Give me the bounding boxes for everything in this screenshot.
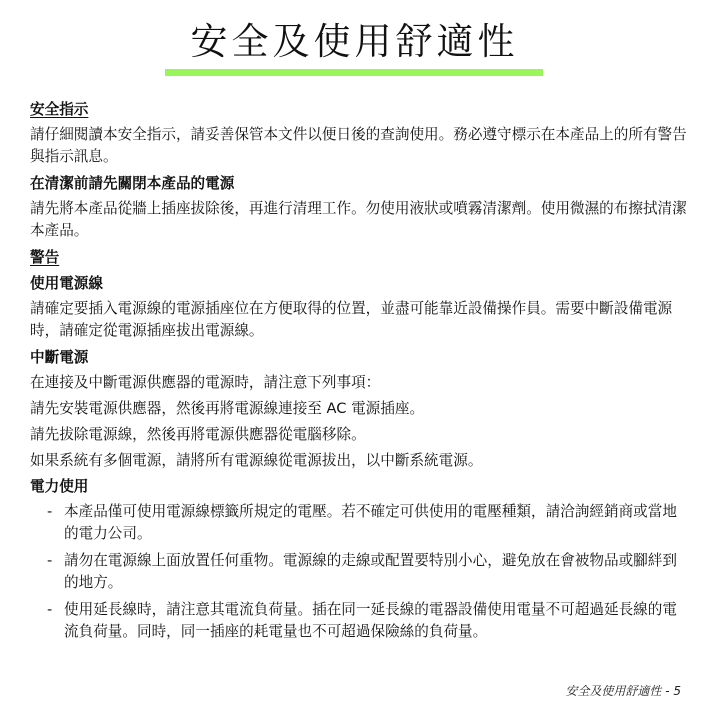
document-body: 安全指示 請仔細閱讀本安全指示，請妥善保管本文件以便日後的查詢使用。務必遵守標示… xyxy=(30,99,690,648)
bullet-dash: - xyxy=(47,550,52,572)
section-heading-power-usage: 電力使用 xyxy=(30,476,690,498)
page-footer: 安全及使用舒適性 - 5 xyxy=(565,682,681,699)
list-item-text: 請勿在電源線上面放置任何重物。電源線的走線或配置要特別小心，避免放在會被物品或腳… xyxy=(64,552,677,591)
list-item: - 使用延長線時，請注意其電流負荷量。插在同一延長線的電器設備使用電量不可超過延… xyxy=(30,599,690,643)
bullet-dash: - xyxy=(47,501,52,523)
list-item-text: 本產品僅可使用電源線標籤所規定的電壓。若不確定可供使用的電壓種類，請洽詢經銷商或… xyxy=(64,503,677,542)
section-heading-warning: 警告 xyxy=(30,247,690,269)
title-underline-bar xyxy=(165,69,543,76)
list-item: - 請勿在電源線上面放置任何重物。電源線的走線或配置要特別小心，避免放在會被物品… xyxy=(30,550,690,594)
list-item: - 本產品僅可使用電源線標籤所規定的電壓。若不確定可供使用的電壓種類，請洽詢經銷… xyxy=(30,501,690,545)
cleaning-paragraph: 請先將本產品從牆上插座拔除後，再進行清理工作。勿使用液狀或噴霧清潔劑。使用微濕的… xyxy=(30,198,690,242)
bullet-dash: - xyxy=(47,599,52,621)
power-cord-paragraph: 請確定要插入電源線的電源插座位在方便取得的位置，並盡可能靠近設備操作員。需要中斷… xyxy=(30,298,690,342)
page-title: 安全及使用舒適性 xyxy=(0,18,709,66)
disconnect-line: 在連接及中斷電源供應器的電源時，請注意下列事項： xyxy=(30,372,690,394)
power-usage-list: - 本產品僅可使用電源線標籤所規定的電壓。若不確定可供使用的電壓種類，請洽詢經銷… xyxy=(30,501,690,643)
section-heading-safety: 安全指示 xyxy=(30,99,690,121)
disconnect-line: 請先安裝電源供應器，然後再將電源線連接至 AC 電源插座。 xyxy=(30,398,690,420)
disconnect-line: 請先拔除電源線，然後再將電源供應器從電腦移除。 xyxy=(30,424,690,446)
list-item-text: 使用延長線時，請注意其電流負荷量。插在同一延長線的電器設備使用電量不可超過延長線… xyxy=(64,601,677,640)
safety-paragraph: 請仔細閱讀本安全指示，請妥善保管本文件以便日後的查詢使用。務必遵守標示在本產品上… xyxy=(30,124,690,168)
disconnect-line: 如果系統有多個電源，請將所有電源線從電源拔出，以中斷系統電源。 xyxy=(30,450,690,472)
section-heading-cleaning: 在清潔前請先關閉本產品的電源 xyxy=(30,173,690,195)
section-heading-power-cord: 使用電源線 xyxy=(30,273,690,295)
section-heading-disconnect: 中斷電源 xyxy=(30,347,690,369)
